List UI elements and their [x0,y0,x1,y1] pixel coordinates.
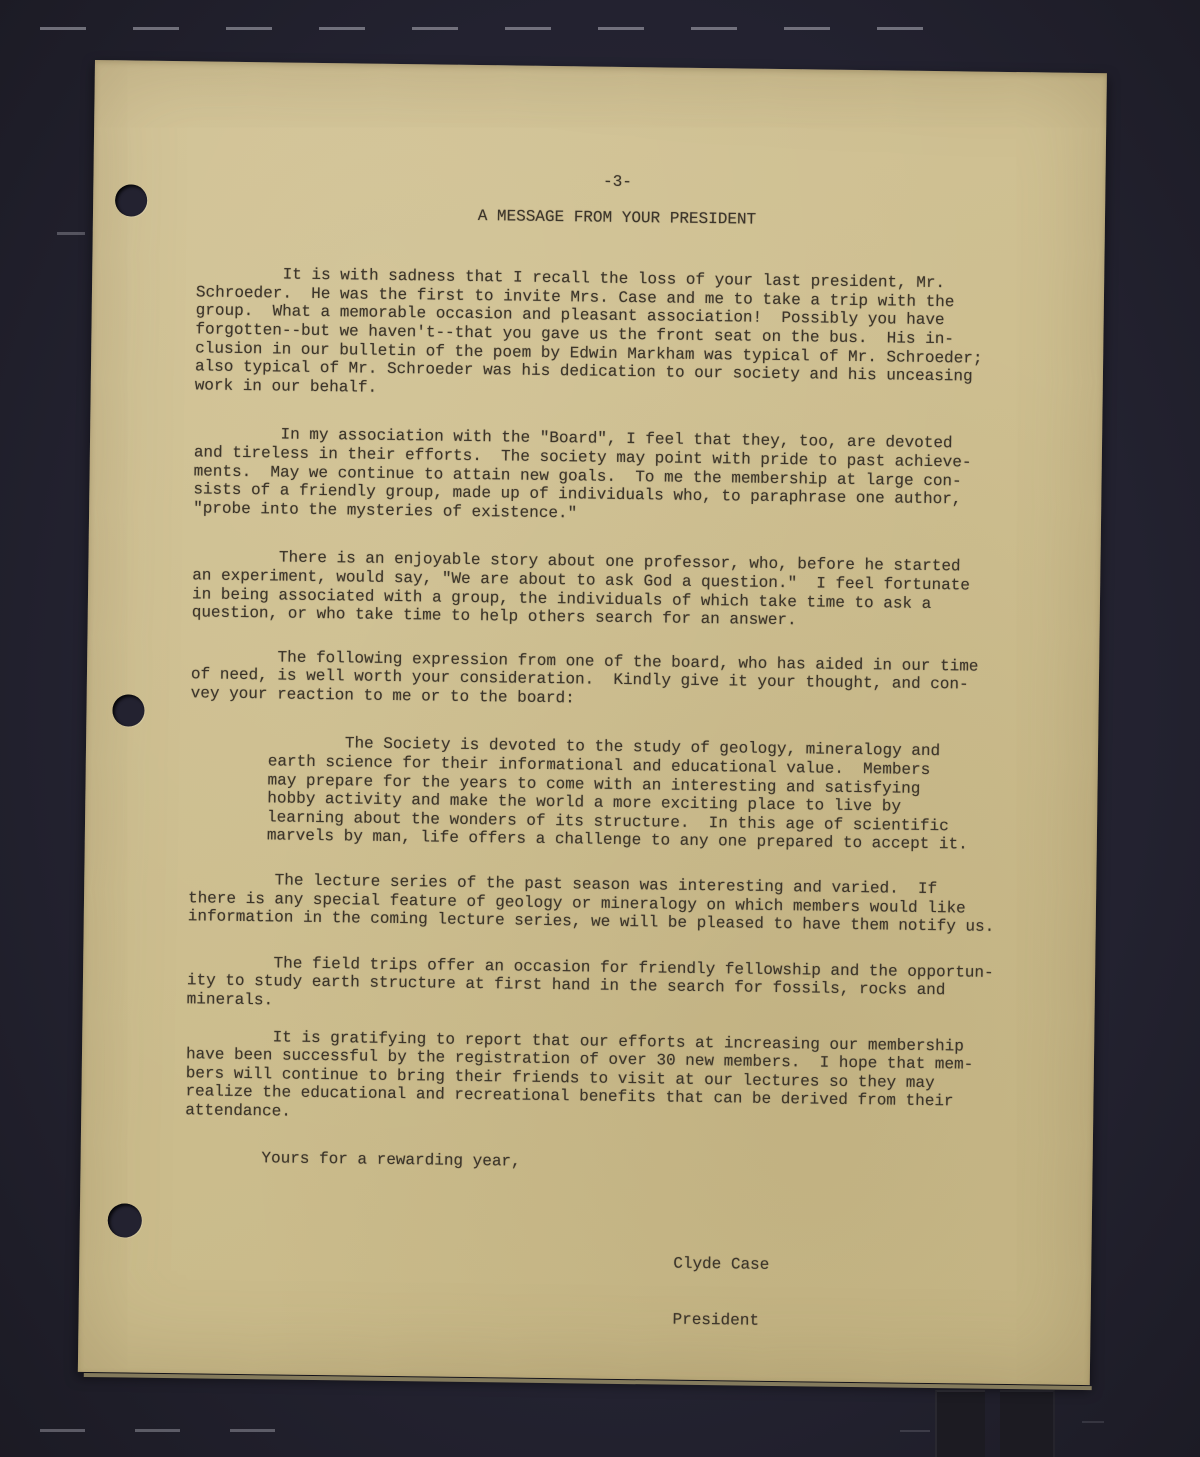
film-sprocket-marks-bottom [40,1429,290,1432]
typewritten-content: -3- A MESSAGE FROM YOUR PRESIDENT It is … [182,61,1039,1371]
punch-hole-top [115,184,147,216]
film-sprocket-marks-top [40,27,930,30]
scanner-artifact [935,1390,985,1457]
quoted-paragraph: The Society is devoted to the study of g… [267,734,1030,856]
signature-title: President [672,1311,1022,1334]
paragraph: It is gratifying to report that our effo… [185,1027,1026,1131]
signature-name: Clyde Case [673,1255,1023,1278]
signature-block: Clyde Case President [672,1218,1024,1371]
paragraph: It is with sadness that I recall the los… [195,265,1037,406]
page-number: -3- [197,167,1037,197]
paragraph: There is an enjoyable story about one pr… [192,548,1033,633]
paragraph: The lecture series of the past season wa… [188,870,1029,937]
paragraph: In my association with the "Board", I fe… [193,425,1034,529]
scanner-artifact [1000,1390,1055,1457]
film-mark-left [57,232,85,235]
paragraph: The field trips offer an occasion for fr… [187,953,1028,1020]
punch-hole-middle [112,694,144,726]
closing-line: Yours for a rewarding year, [185,1148,1025,1178]
film-mark-bottom-right [900,1430,930,1432]
paragraph: The following expression from one of the… [191,647,1032,714]
film-mark-bottom-right [1082,1421,1104,1423]
document-page: -3- A MESSAGE FROM YOUR PRESIDENT It is … [78,60,1107,1385]
punch-hole-bottom [108,1203,142,1237]
document-title: A MESSAGE FROM YOUR PRESIDENT [197,203,1037,233]
